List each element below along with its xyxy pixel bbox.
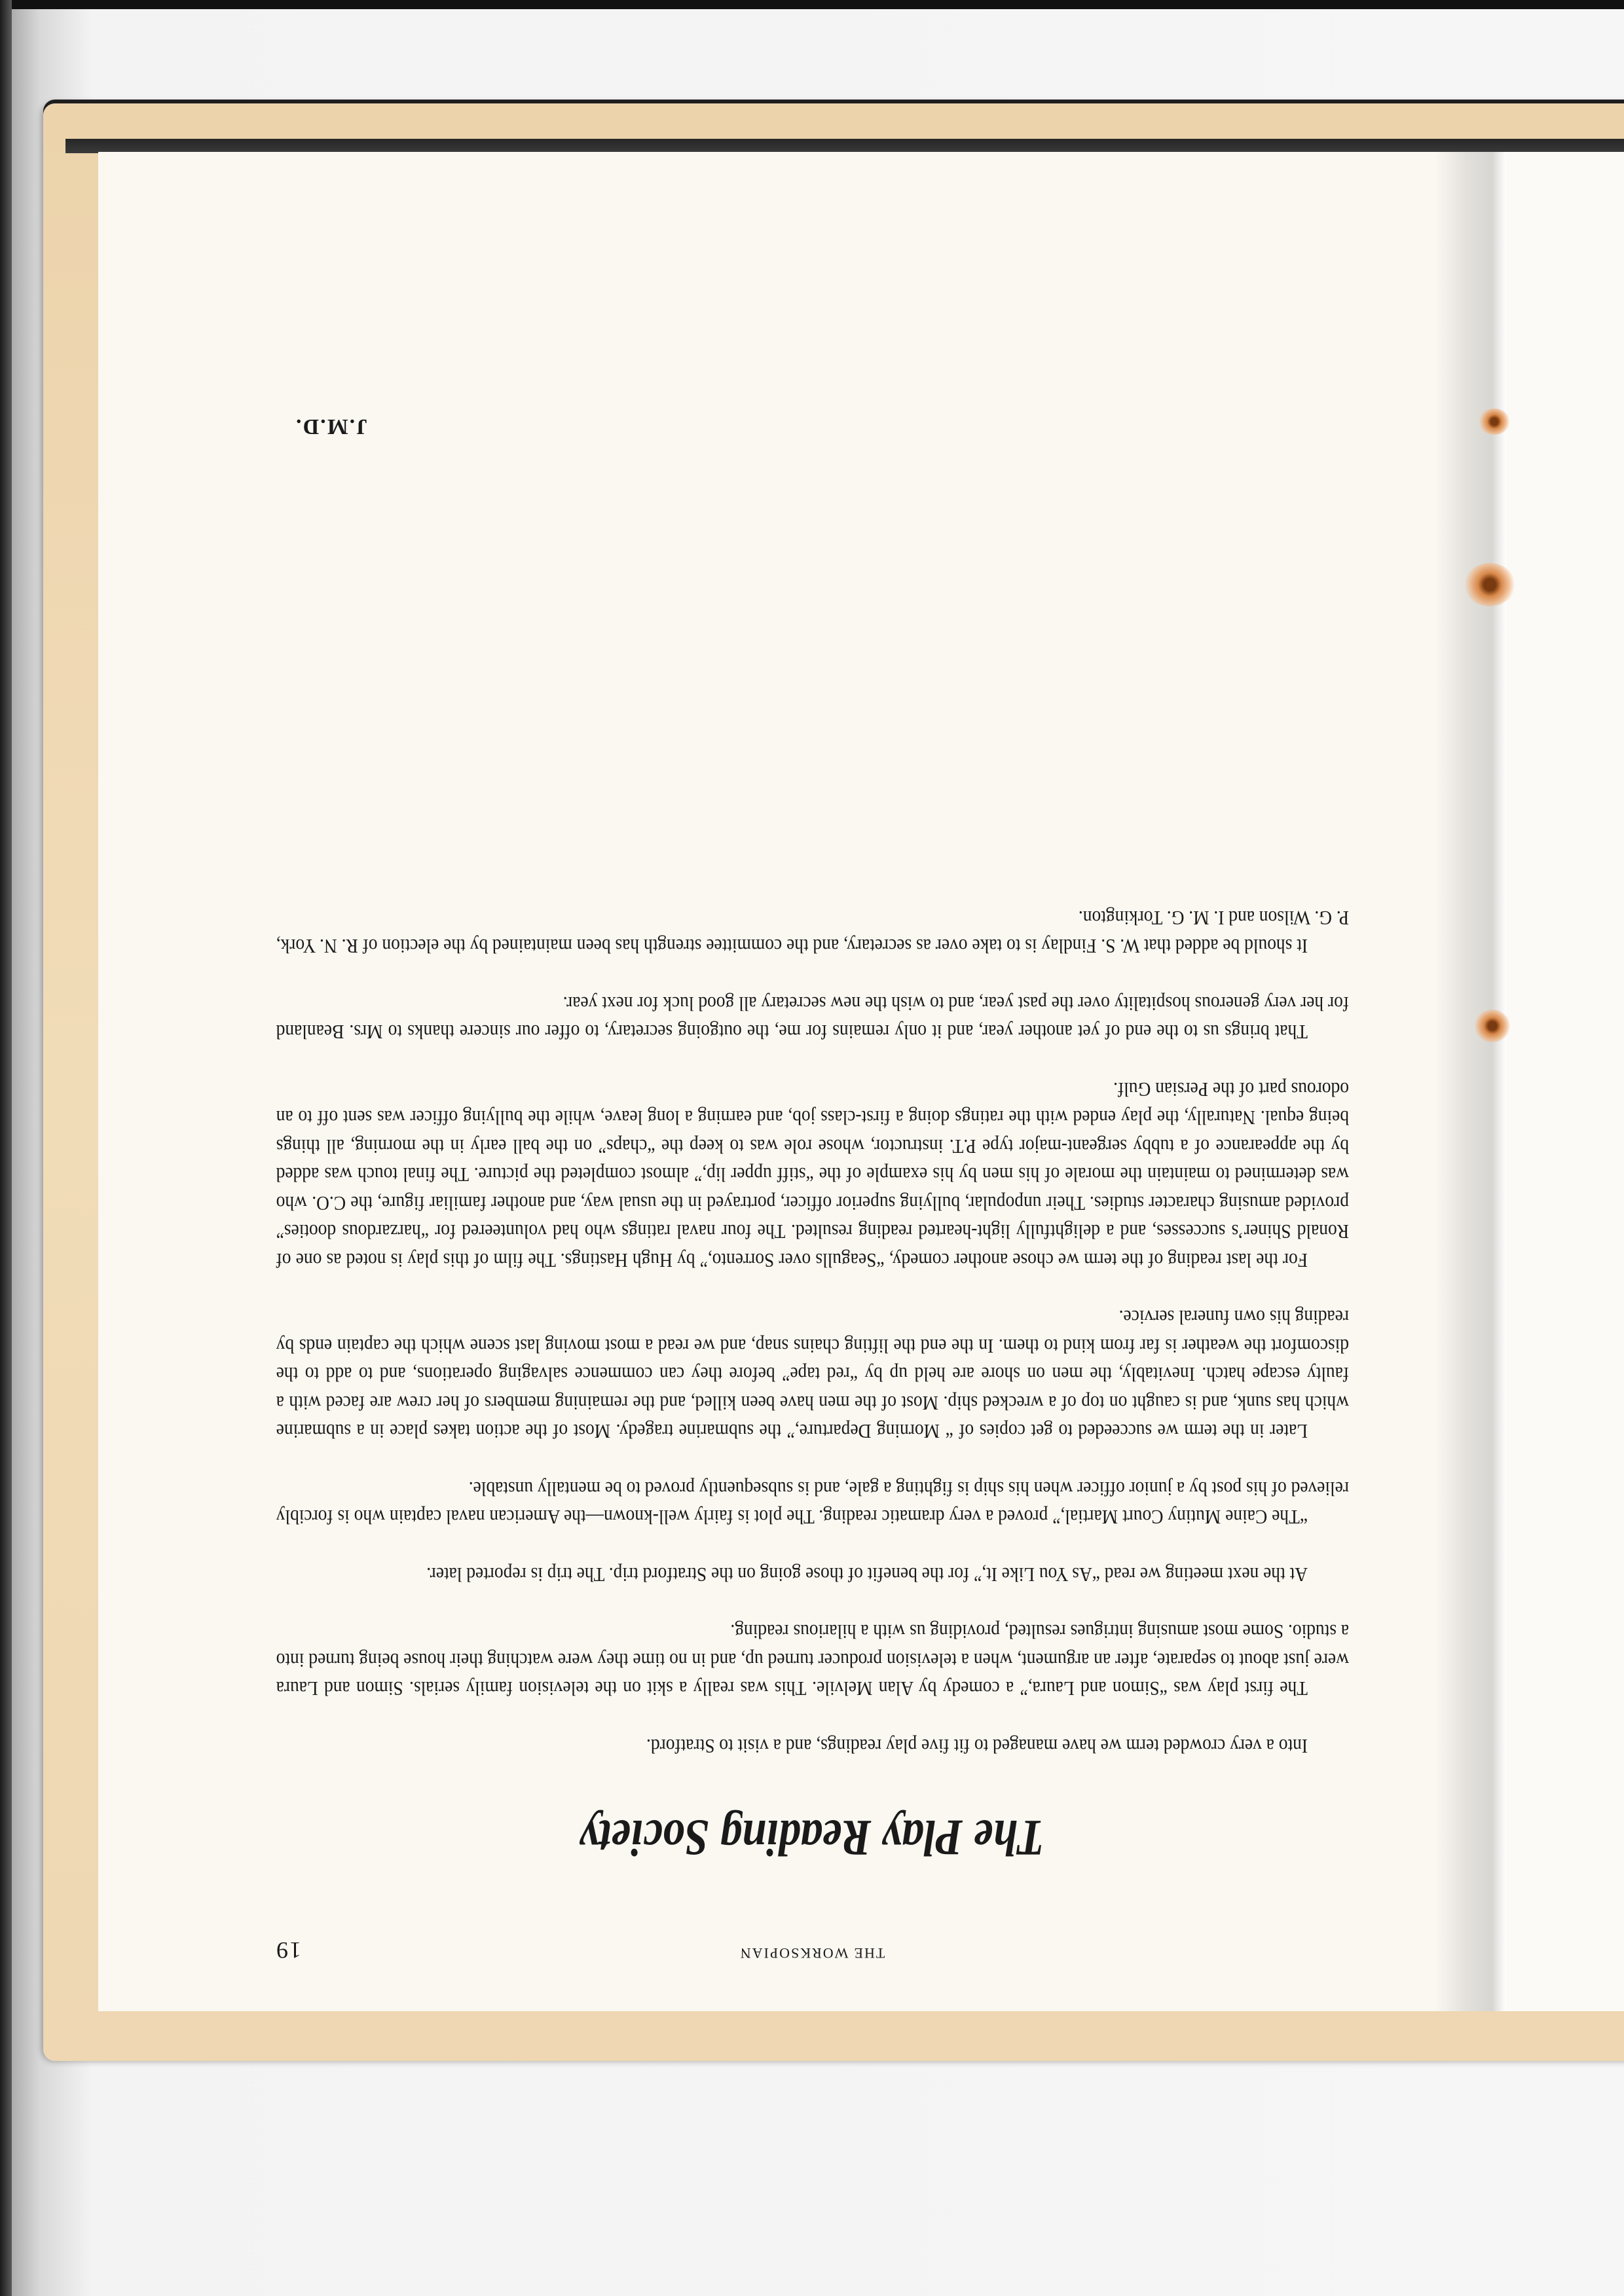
page-content: THE WORKSOPIAN 19 The Play Reading Socie… xyxy=(275,340,1349,1964)
paragraph: For the last reading of the term we chos… xyxy=(276,1075,1349,1275)
facing-page-edge xyxy=(1500,152,1624,2011)
scanner-edge-left xyxy=(0,0,12,2296)
paragraph: That brings us to the end of yet another… xyxy=(276,989,1349,1046)
publication-name: THE WORKSOPIAN xyxy=(275,1944,1349,1961)
paragraph: Later in the term we succeeded to get co… xyxy=(276,1303,1349,1446)
rust-stain xyxy=(1475,1010,1510,1042)
paragraph: At the next meeting we read “As You Like… xyxy=(276,1560,1349,1589)
article-body: Into a very crowded term we have managed… xyxy=(276,875,1349,1760)
page-number: 19 xyxy=(275,1937,301,1964)
rust-stain xyxy=(1464,563,1515,606)
scanner-edge-top xyxy=(0,0,1624,9)
paragraph: “The Caine Mutiny Court Martial,” proved… xyxy=(276,1474,1349,1531)
paragraph: The first play was “Simon and Laura,” a … xyxy=(276,1617,1349,1703)
paragraph: It should be added that W. S. Findlay is… xyxy=(276,903,1349,960)
binding-shadow xyxy=(65,139,1624,153)
paragraph: Into a very crowded term we have managed… xyxy=(276,1732,1349,1760)
article-title: The Play Reading Society xyxy=(350,1808,1274,1867)
rust-stain xyxy=(1479,409,1510,435)
author-signature: J.M.D. xyxy=(295,414,367,439)
running-head: THE WORKSOPIAN 19 xyxy=(275,1938,1349,1964)
